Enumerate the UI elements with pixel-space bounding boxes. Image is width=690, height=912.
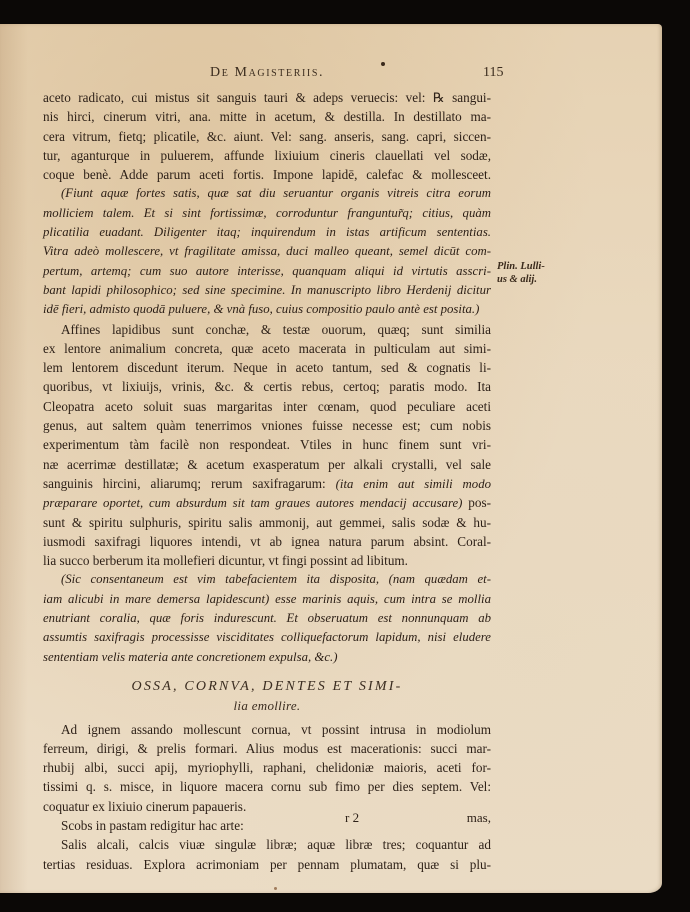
- spine-shadow: [0, 24, 28, 893]
- text-line: næ acerrimæ destillatæ; & acetum exasper…: [43, 455, 491, 474]
- text-line: aceto radicato, cui mistus sit sanguis t…: [43, 88, 491, 107]
- text-line: experimentum tàm facilè non respondeat. …: [43, 435, 491, 454]
- book-page: De Magisteriis. 115 aceto radicato, cui …: [0, 24, 662, 893]
- text-line: Affines lapidibus sunt conchæ, & testæ o…: [43, 320, 491, 339]
- text-line: cera vitrum, fietq; plicatile, &c. aiunt…: [43, 127, 491, 146]
- text-line: lem lentorem discedunt iterum. Neque in …: [43, 358, 491, 377]
- text-line: Cleopatra aceto soluit suas margaritas i…: [43, 397, 491, 416]
- page-number: 115: [483, 65, 503, 81]
- annotation-line: plicatilia euadant. Diligenter itaq; inq…: [43, 223, 491, 242]
- ink-spot: [274, 887, 277, 890]
- text-italic: præparare oportet, cum absurdum sit tam …: [43, 496, 462, 510]
- text-line: tur, aganturque in puluerem, affunde lix…: [43, 146, 491, 165]
- text-line: rhubij albi, succi apij, myriophylli, ra…: [43, 758, 491, 777]
- annotation-line: bant lapidi philosophico; sed sine speci…: [43, 281, 491, 300]
- section-heading: OSSA, CORNVA, DENTES ET SIMI-: [43, 677, 491, 696]
- margin-note-line: us & alij.: [497, 273, 545, 286]
- running-title: De Magisteriis.: [210, 65, 324, 81]
- signature-mark: r 2: [345, 810, 359, 826]
- annotation-line: sententiam velis materia ante concretion…: [43, 648, 491, 667]
- text-line: iusmodi saxifragi liquores intendi, vt a…: [43, 532, 491, 551]
- annotation-line: molliciem talem. Et si sint fortissimæ, …: [43, 204, 491, 223]
- text-line: præparare oportet, cum absurdum sit tam …: [43, 493, 491, 512]
- text-roman: pos-: [462, 495, 491, 510]
- text-line: Salis alcali, calcis viuæ singulæ libræ;…: [43, 835, 491, 854]
- text-line: sanguinis hircini, aliarumq; rerum saxif…: [43, 474, 491, 493]
- spacer: [43, 667, 491, 677]
- annotation-line: enutriant coralia, quæ foris indurescunt…: [43, 609, 491, 628]
- annotation-line: Vitra adeò mollescere, vt fragilitate am…: [43, 242, 491, 261]
- text-line: genus, aut saltem quàm tenerrimos vnione…: [43, 416, 491, 435]
- margin-note: Plin. Lulli- us & alij.: [497, 260, 545, 286]
- text-line: lia succo berberum ita mollefieri dicunt…: [43, 551, 491, 570]
- text-italic: (ita enim aut simili modo: [336, 477, 491, 491]
- annotation-line: assumtis saxifragis processisse viscidit…: [43, 628, 491, 647]
- text-line: nis hirci, cinerum vitri, ana. mitte in …: [43, 107, 491, 126]
- annotation-line: idē fieri, admisto quodā puluere, & vnà …: [43, 300, 491, 319]
- text-line: Ad ignem assando mollescunt cornua, vt p…: [43, 720, 491, 739]
- text-line: sunt & spiritu sulphuris, spiritu salis …: [43, 513, 491, 532]
- text-line: ferreum, dirigi, & prelis formari. Alius…: [43, 739, 491, 758]
- annotation-line: (Fiunt aquæ fortes satis, quæ sat diu se…: [43, 184, 491, 203]
- margin-note-line: Plin. Lulli-: [497, 260, 545, 273]
- text-line: quoribus, vt lixiuijs, vrinis, &c. & cer…: [43, 377, 491, 396]
- text-line: coque benè. Adde parum aceti fortis. Imp…: [43, 165, 491, 184]
- text-line: ex lentore animalium concreta, quæ aceto…: [43, 339, 491, 358]
- text-line: tertias residuas. Explora acrimoniam per…: [43, 855, 491, 874]
- annotation-line: pertum, artemq; cum suo autore interisse…: [43, 262, 491, 281]
- ink-spot: [381, 62, 385, 66]
- text-roman: sanguinis hircini, aliarumq; rerum saxif…: [43, 476, 336, 491]
- page-footer: r 2 mas,: [43, 810, 491, 828]
- text-line: tissimi q. s. misce, in liquore macera c…: [43, 777, 491, 796]
- annotation-line: (Sic consentaneum est vim tabefacientem …: [43, 570, 491, 589]
- section-heading-sub: lia emollire.: [43, 696, 491, 715]
- annotation-line: iam alicubi in mare demersa lapidescunt)…: [43, 590, 491, 609]
- catchword: mas,: [467, 810, 491, 826]
- body-text: aceto radicato, cui mistus sit sanguis t…: [43, 88, 491, 874]
